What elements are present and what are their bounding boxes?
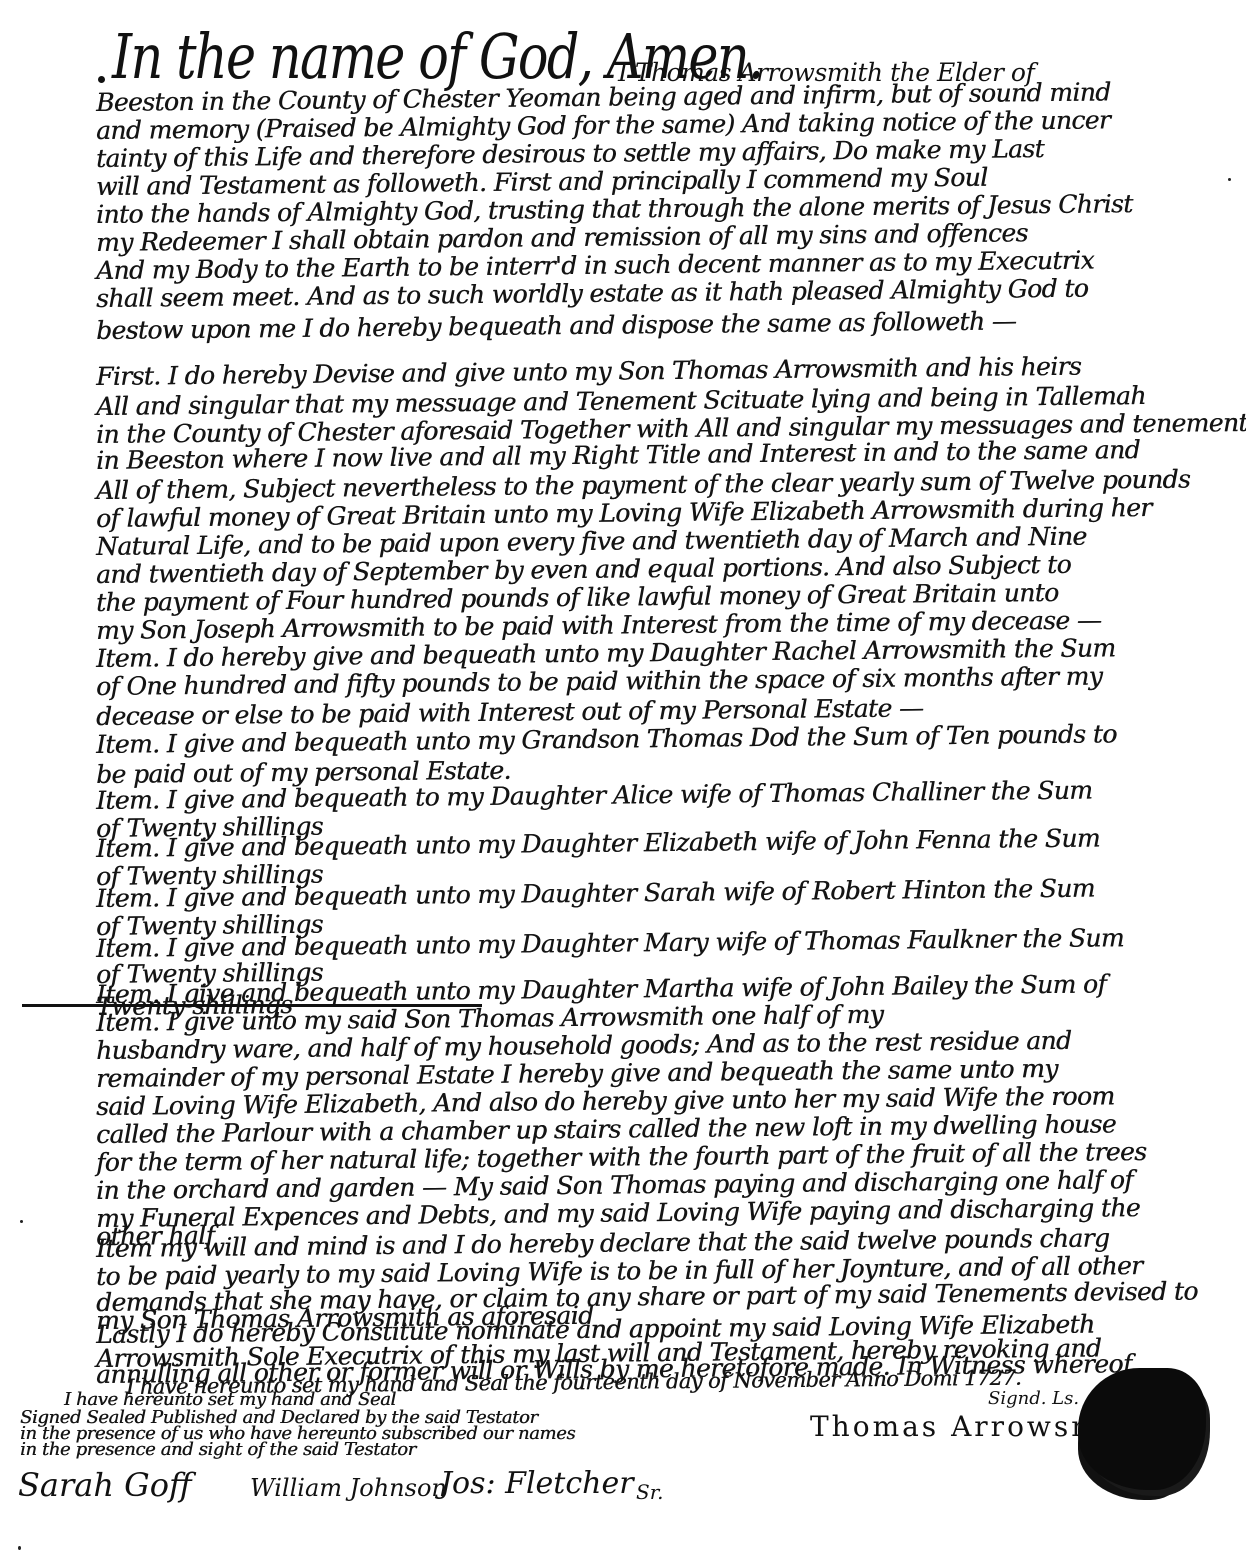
scan-speck — [18, 1546, 21, 1550]
witness-signature: Sarah Goff — [18, 1466, 192, 1504]
will-document-page: In the name of God, Amen. I Thomas Arrow… — [0, 0, 1246, 1561]
witness-mark: Sr. — [636, 1480, 663, 1504]
scan-speck — [1228, 178, 1231, 181]
strikethrough-line — [22, 1004, 482, 1007]
attestation-line: in the presence and sight of the said Te… — [20, 1440, 640, 1460]
bullet-dot — [98, 76, 105, 83]
scan-speck — [20, 1220, 23, 1223]
wax-seal-blot — [1078, 1368, 1206, 1490]
seal-mark-text: Signd. Ls. — [988, 1388, 1079, 1409]
witness-signature: William Johnson — [250, 1474, 447, 1502]
witness-signature: Jos: Fletcher — [440, 1466, 634, 1501]
